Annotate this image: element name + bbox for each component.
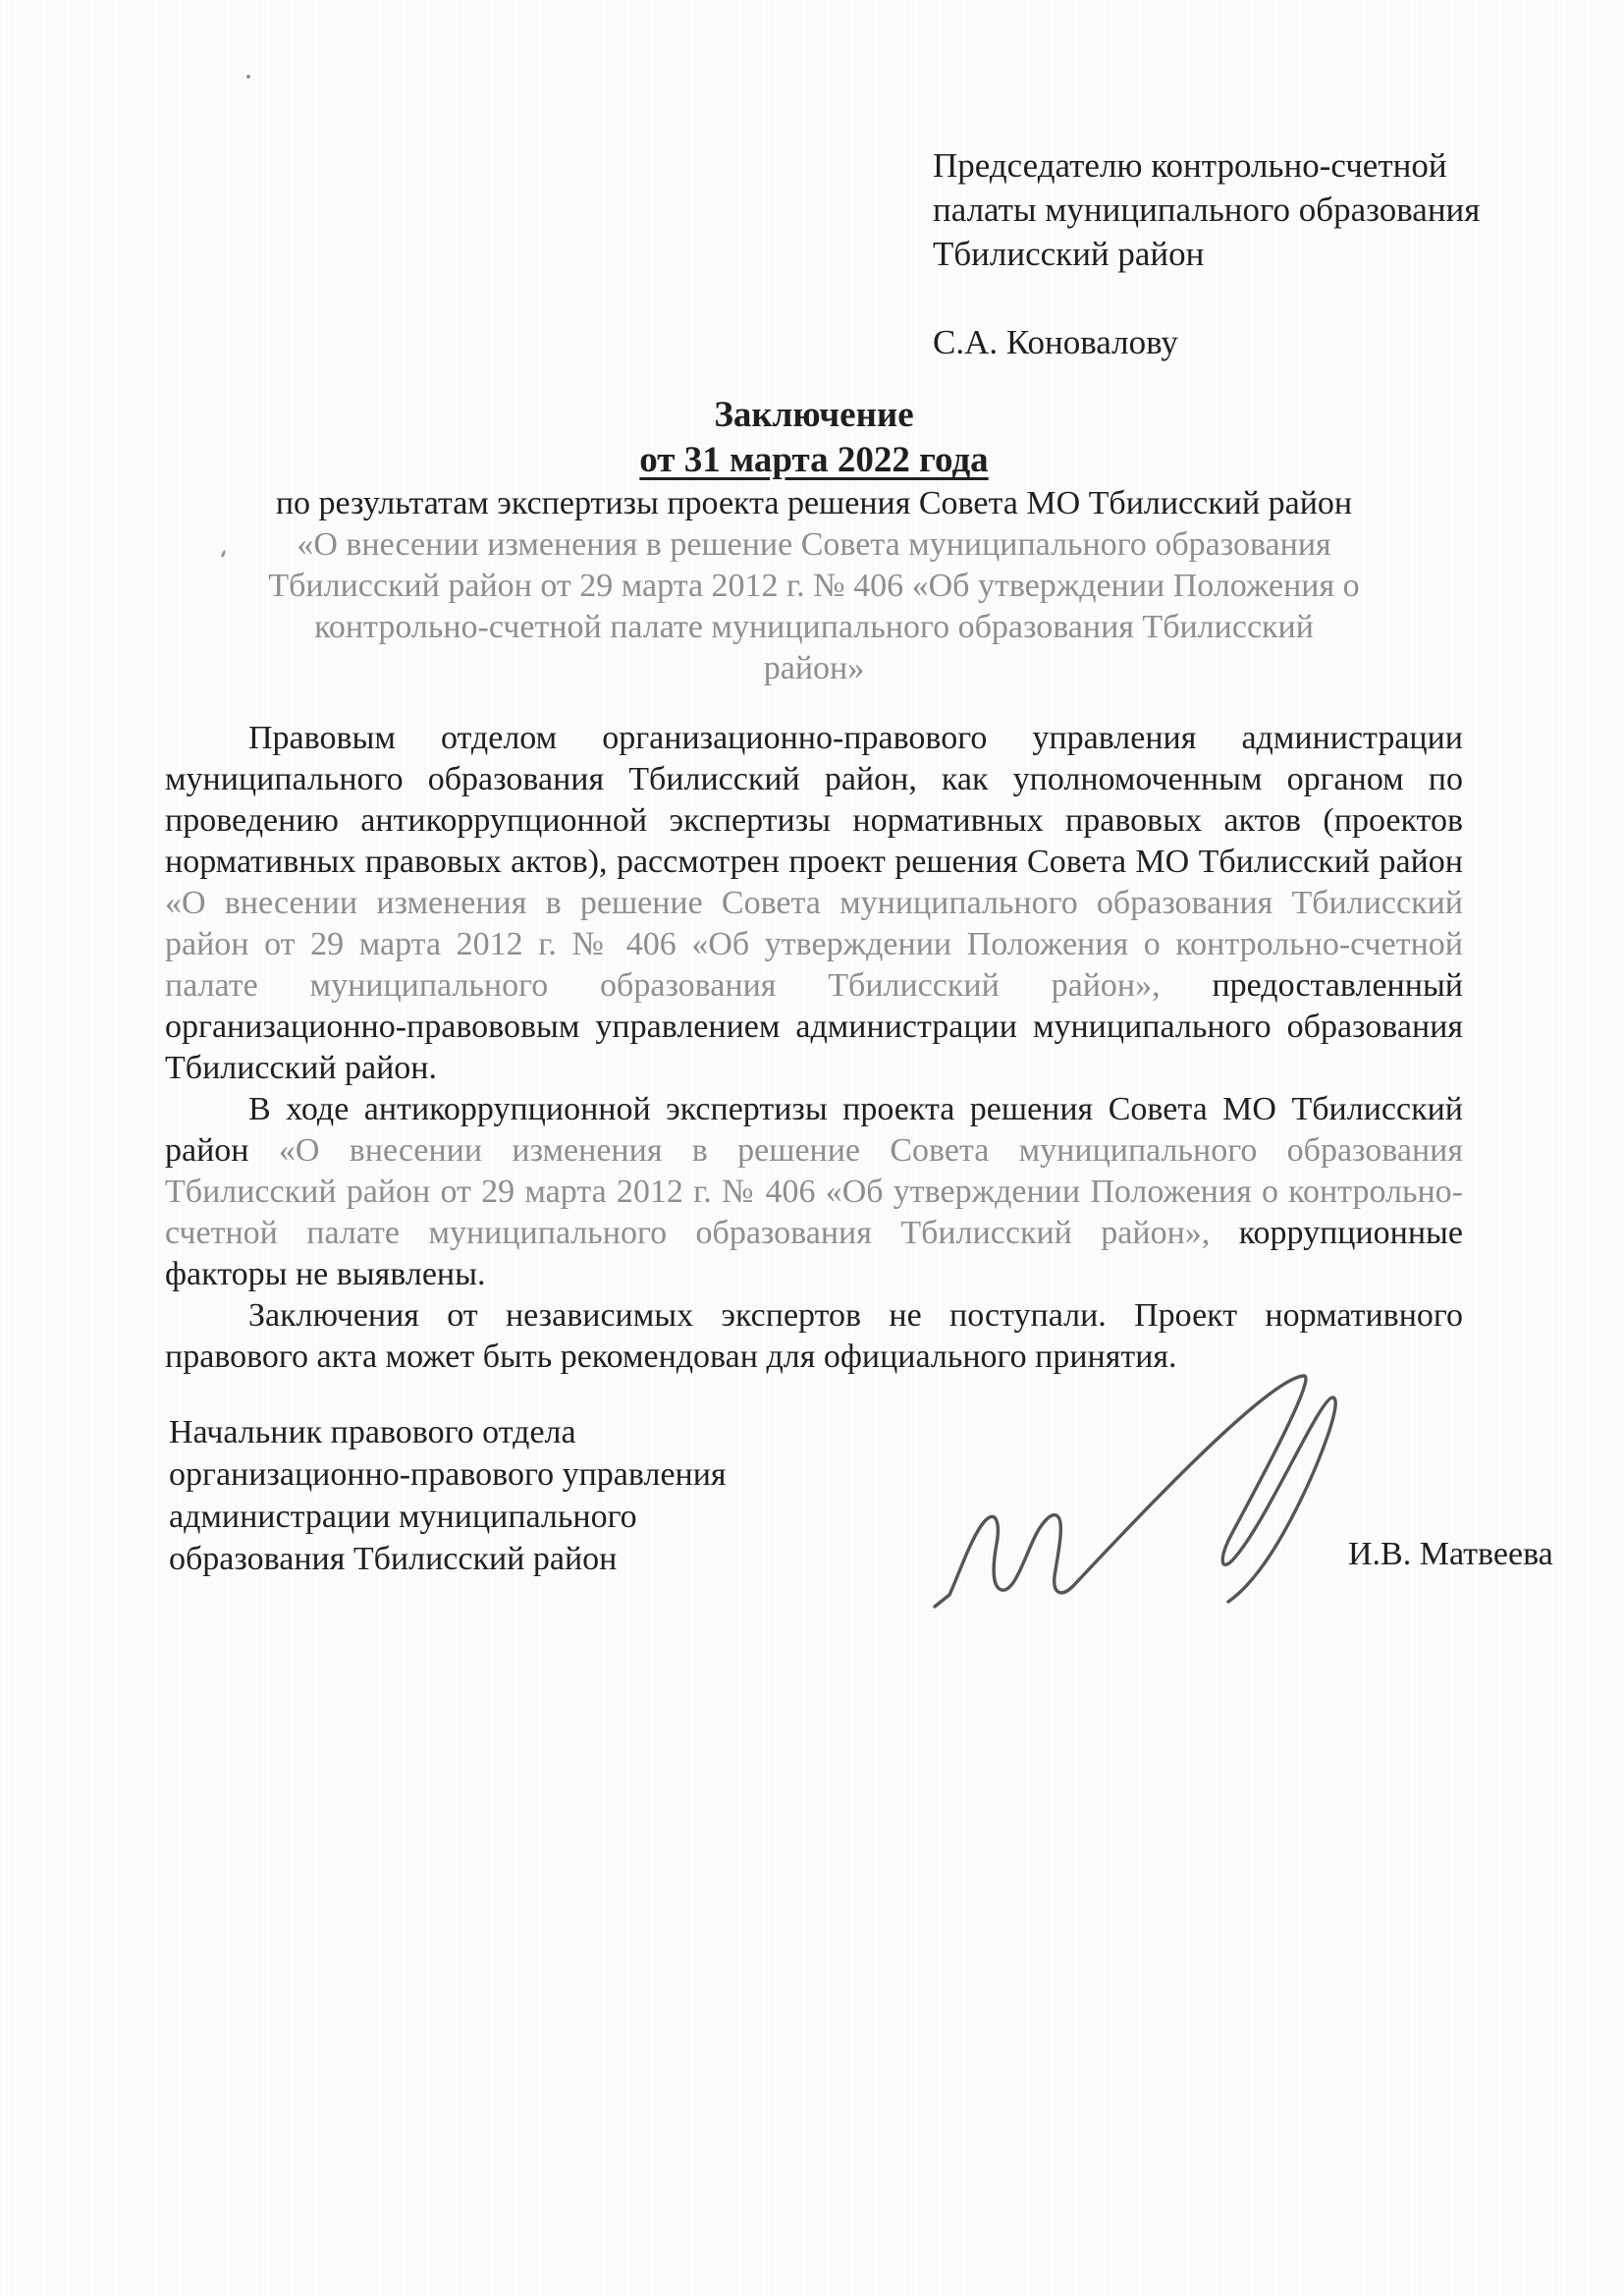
- signatory-name: И.В. Матвеева: [1348, 1534, 1553, 1575]
- paragraph-3: Заключения от независимых экспертов не п…: [165, 1295, 1463, 1378]
- subtitle-line-4: контрольно-счетной палате муниципального…: [165, 607, 1463, 648]
- address-line-2: палаты муниципального образования: [933, 188, 1480, 232]
- paragraph-2: В ходе антикоррупционной экспертизы прое…: [165, 1089, 1463, 1295]
- document-page: Председателю контрольно-счетной палаты м…: [0, 0, 1624, 2296]
- address-line-3: Тбилисский район: [933, 232, 1480, 276]
- paragraph-3-segment-1: Заключения от независимых экспертов не п…: [165, 1297, 1463, 1375]
- body-text: Правовым отделом организационно-правовог…: [165, 718, 1463, 1378]
- subtitle-line-5: район»: [165, 648, 1463, 689]
- position-line-3: администрации муниципального: [169, 1496, 727, 1538]
- subtitle-line-1: по результатам экспертизы проекта решени…: [165, 483, 1463, 524]
- document-date: от 31 марта 2022 года: [165, 438, 1463, 483]
- title-block: Заключение от 31 марта 2022 года по резу…: [165, 393, 1463, 689]
- position-line-4: образования Тбилисский район: [169, 1538, 727, 1580]
- position-line-2: организационно-правового управления: [169, 1453, 727, 1496]
- position-line-1: Начальник правового отдела: [169, 1411, 727, 1453]
- subtitle-line-3: Тбилисский район от 29 марта 2012 г. № 4…: [165, 566, 1463, 607]
- recipient-name: С.А. Коновалову: [933, 320, 1480, 364]
- document-date-text: от 31 марта 2022 года: [639, 440, 988, 480]
- paragraph-1-segment-1: Правовым отделом организационно-правовог…: [165, 720, 1463, 880]
- handwritten-signature: [923, 1370, 1375, 1615]
- address-line-1: Председателю контрольно-счетной: [933, 143, 1480, 188]
- document-title: Заключение: [165, 393, 1463, 438]
- scan-speck: [246, 75, 250, 79]
- paragraph-1: Правовым отделом организационно-правовог…: [165, 718, 1463, 1089]
- subtitle-line-2: «О внесении изменения в решение Совета м…: [165, 524, 1463, 566]
- signature-block: Начальник правового отдела организационн…: [169, 1411, 727, 1580]
- address-block: Председателю контрольно-счетной палаты м…: [933, 143, 1480, 364]
